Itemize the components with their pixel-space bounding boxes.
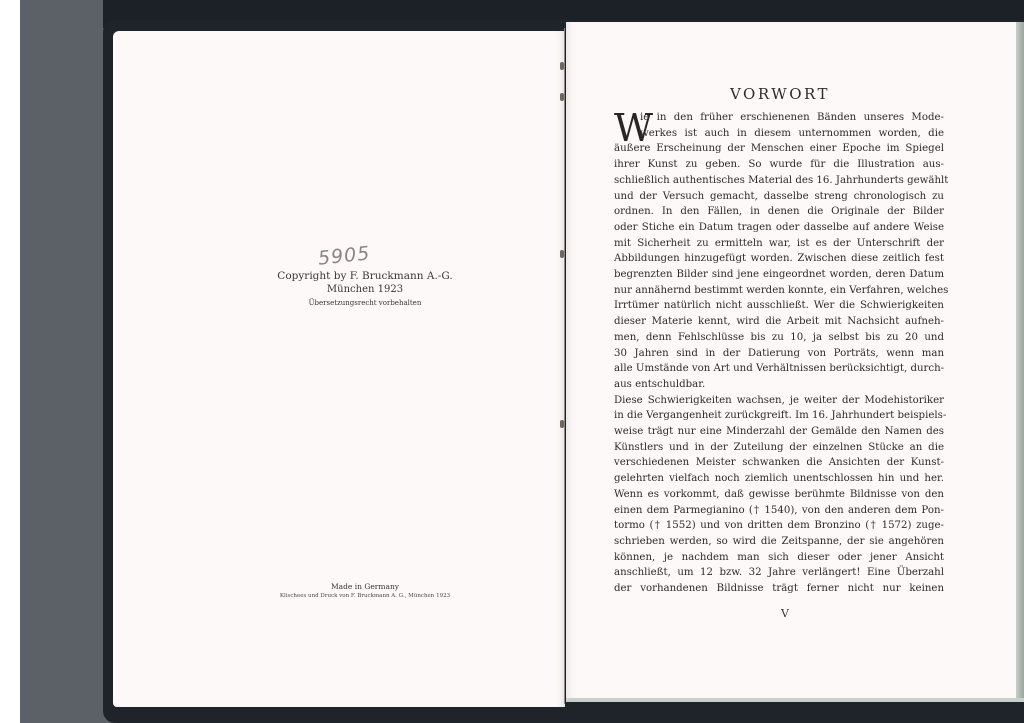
text-line: Abbildungen hinzugefügt worden. Zwischen… [614,251,944,267]
left-page [113,31,565,707]
page-number: V [770,607,800,620]
rights-line: Übersetzungsrecht vorbehalten [200,299,530,307]
text-line: in die Vergangenheit zurückgreift. Im 16… [614,408,944,424]
text-line: verschiedenen Meister schwanken die Ansi… [614,455,944,471]
binding-stitch [560,250,564,258]
text-line: begrenzten Bilder sind jene eingeordnet … [614,267,944,283]
text-line: anschließt, um 12 bzw. 32 Jahre verlänge… [614,565,944,581]
made-in-line: Made in Germany [200,582,530,591]
text-line: werkes ist auch in diesem unternommen wo… [614,126,944,142]
text-line: ordnen. In den Fällen, in denen die Orig… [614,204,944,220]
text-line: tormo († 1552) und von dritten dem Bronz… [614,518,944,534]
text-line: und der Versuch gemacht, dasselbe streng… [614,189,944,205]
text-line: ie in den früher erschienenen Bänden uns… [614,110,944,126]
text-line: können, je nachdem man sich dieser oder … [614,550,944,566]
copyright-line: Copyright by F. Bruckmann A.-G. [200,270,530,282]
text-line: alle Umstände von Art und Verhältnissen … [614,361,944,377]
text-line: weise trägt nur eine Minderzahl der Gemä… [614,424,944,440]
text-line: schließlich authentisches Material des 1… [614,173,944,189]
page-bottom-edge [566,698,1024,702]
page-stack-edge [1015,22,1024,702]
text-line: aus entschuldbar. [614,377,944,393]
city-year-line: München 1923 [200,284,530,295]
page-title: VORWORT [620,85,940,103]
text-line: Künstlers und in der Zuteilung der einze… [614,440,944,456]
text-line: Diese Schwierigkeiten wachsen, je weiter… [614,393,944,409]
text-line: Wenn es vorkommt, daß gewisse berühmte B… [614,487,944,503]
book-gutter [564,28,565,704]
text-line: mit Sicherheit zu ermitteln war, ist es … [614,236,944,252]
text-line: 30 Jahren sind in der Datierung von Port… [614,346,944,362]
preface-body: ie in den früher erschienenen Bänden uns… [614,110,944,597]
binding-stitch [560,420,564,428]
text-line: einen dem Parmegianino († 1540), von den… [614,503,944,519]
printer-line: Klischees und Druck von F. Bruckmann A. … [200,593,530,599]
text-line: nur annähernd bestimmt werden konnte, ei… [614,283,944,299]
text-line: dieser Materie kennt, wird die Arbeit mi… [614,314,944,330]
text-line: oder Stiche ein Datum tragen oder dassel… [614,220,944,236]
text-line: gelehrten vielfach noch ziemlich unentsc… [614,471,944,487]
text-line: men, denn Fehlschlüsse bis zu 10, ja sel… [614,330,944,346]
text-line: Irrtümer natürlich nicht ausschließt. We… [614,298,944,314]
binding-stitch [560,93,564,101]
text-line: äußere Erscheinung der Menschen einer Ep… [614,141,944,157]
text-line: ihrer Kunst zu geben. So wurde für die I… [614,157,944,173]
text-line: schrieben werden, so wird die Zeitspanne… [614,534,944,550]
binding-stitch [560,62,564,70]
text-line: der vorhandenen Bildnisse trägt ferner n… [614,581,944,597]
